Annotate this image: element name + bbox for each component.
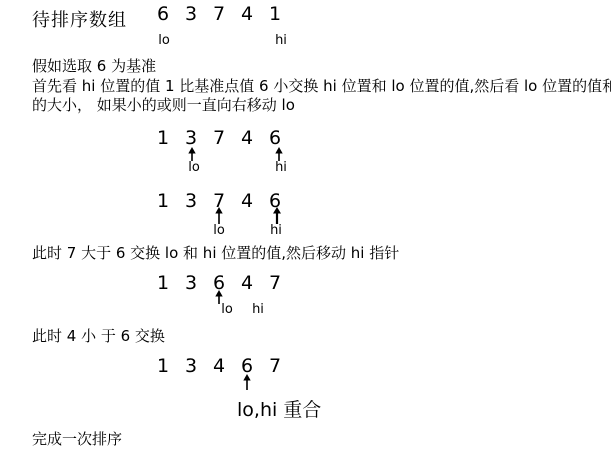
array-value: 6 [261,129,289,148]
array-value: 4 [233,192,261,211]
step2-note: 此时 7 大于 6 交换 lo 和 hi 位置的值,然后移动 hi 指针 [32,244,399,262]
array-value: 4 [205,357,233,376]
array-value: 1 [261,5,289,24]
array-value: 1 [149,357,177,376]
array-value: 6 [149,5,177,24]
step3-note: 此时 4 小 于 6 交换 [32,327,165,345]
document-page: 待排序数组 6 3 7 4 1 lo hi 假如选取 6 为基准 首先看 hi … [0,0,611,451]
intro-text: 假如选取 6 为基准 [32,57,156,75]
lo-pointer-label: lo [221,303,233,317]
lo-pointer-label: lo [188,161,200,175]
array-value: 3 [177,274,205,293]
hi-pointer-label: hi [252,303,264,317]
up-arrow-icon [242,374,253,390]
initial-array-row: 6 3 7 4 1 [149,5,289,24]
array-value: 3 [177,357,205,376]
lo-hi-merge-label: lo,hi 重合 [237,395,321,422]
up-arrow-icon [187,147,198,161]
up-arrow-icon [274,147,285,161]
array-value: 7 [261,274,289,293]
up-arrow-icon [272,207,283,224]
array-value: 4 [233,129,261,148]
explanation-line-1: 首先看 hi 位置的值 1 比基准点值 6 小交换 hi 位置和 lo 位置的值… [32,77,611,95]
array-value: 4 [233,5,261,24]
array-value: 1 [149,129,177,148]
array-value: 7 [261,357,289,376]
array-value: 1 [149,192,177,211]
array-value: 1 [149,274,177,293]
array-value: 3 [177,129,205,148]
step1-array-row: 1 3 7 4 6 [149,129,289,148]
lo-pointer-label: lo [213,224,225,238]
lo-pointer-label: lo [158,34,170,48]
array-value: 7 [205,5,233,24]
page-title: 待排序数组 [32,6,127,32]
array-value: 3 [177,192,205,211]
hi-pointer-label: hi [275,34,287,48]
hi-pointer-label: hi [270,224,282,238]
step4-array-row: 1 3 4 6 7 [149,357,289,376]
up-arrow-icon [214,207,225,224]
array-value: 7 [205,129,233,148]
array-value: 3 [177,5,205,24]
hi-pointer-label: hi [275,161,287,175]
completion-text: 完成一次排序 [32,430,122,448]
explanation-line-2: 的大小， 如果小的或则一直向右移动 lo [32,96,295,114]
array-value: 4 [233,274,261,293]
